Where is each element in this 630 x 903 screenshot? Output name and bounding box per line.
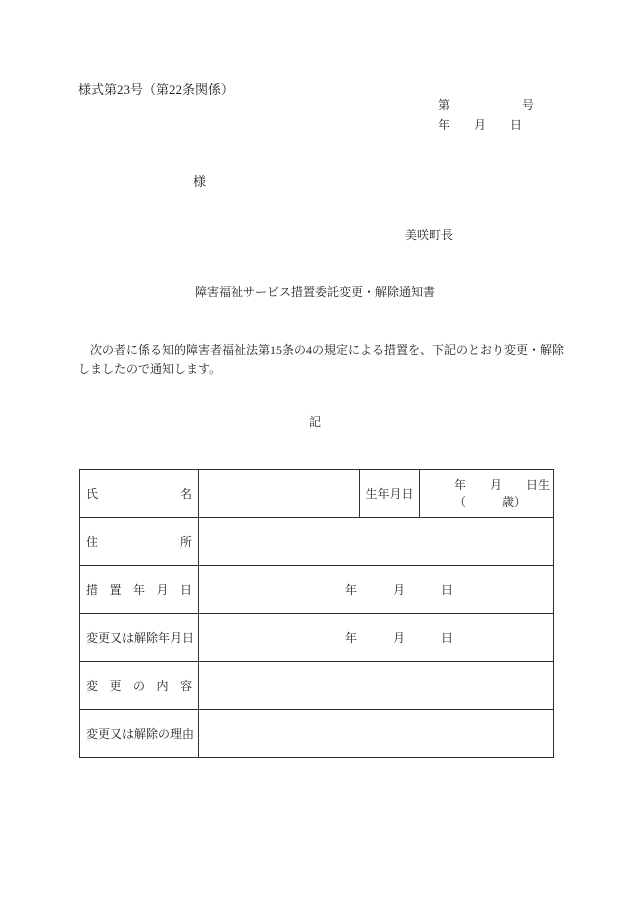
change-reason-value-cell [199, 710, 554, 758]
change-date-value-cell: 年 月 日 [199, 614, 554, 662]
info-table: 氏名 生年月日 年 月 日生 （ 歳） 住所 措置年月日 年 月 日 変更又は解… [79, 469, 554, 758]
measure-date-value-cell: 年 月 日 [199, 566, 554, 614]
issue-date-line: 年 月 日 [438, 115, 534, 135]
change-date-label: 変更又は解除年月日 [80, 614, 199, 662]
birthdate-value-cell: 年 月 日生 （ 歳） [420, 470, 554, 518]
change-content-label: 変更の内容 [80, 662, 199, 710]
sender-name: 美咲町長 [405, 226, 453, 243]
address-value-cell [199, 518, 554, 566]
form-number: 様式第23号（第22条関係） [78, 79, 234, 98]
body-line-2: しましたので通知します。 [78, 360, 590, 379]
doc-number-line: 第 号 [438, 95, 534, 115]
record-marker: 記 [0, 413, 630, 430]
name-label: 氏名 [80, 470, 199, 518]
doc-number-block: 第 号 年 月 日 [438, 95, 534, 135]
change-content-value-cell [199, 662, 554, 710]
row-address: 住所 [80, 518, 554, 566]
change-reason-label: 変更又は解除の理由 [80, 710, 199, 758]
row-change-date: 変更又は解除年月日 年 月 日 [80, 614, 554, 662]
birthdate-value-line-2: （ 歳） [454, 494, 553, 511]
addressee-honorific: 様 [193, 171, 206, 190]
document-title: 障害福祉サービス措置委託変更・解除通知書 [0, 283, 630, 300]
row-measure-date: 措置年月日 年 月 日 [80, 566, 554, 614]
row-change-content: 変更の内容 [80, 662, 554, 710]
body-line-1: 次の者に係る知的障害者福祉法第15条の4の規定による措置を、下記のとおり変更・解… [78, 341, 590, 360]
birthdate-label: 生年月日 [360, 470, 420, 518]
measure-date-label: 措置年月日 [80, 566, 199, 614]
address-label: 住所 [80, 518, 199, 566]
document-page: 様式第23号（第22条関係） 第 号 年 月 日 様 美咲町長 障害福祉サービス… [0, 0, 630, 903]
name-value-cell [199, 470, 360, 518]
row-change-reason: 変更又は解除の理由 [80, 710, 554, 758]
birthdate-value-line-1: 年 月 日生 [454, 477, 553, 494]
body-text: 次の者に係る知的障害者福祉法第15条の4の規定による措置を、下記のとおり変更・解… [78, 341, 590, 379]
row-name: 氏名 生年月日 年 月 日生 （ 歳） [80, 470, 554, 518]
